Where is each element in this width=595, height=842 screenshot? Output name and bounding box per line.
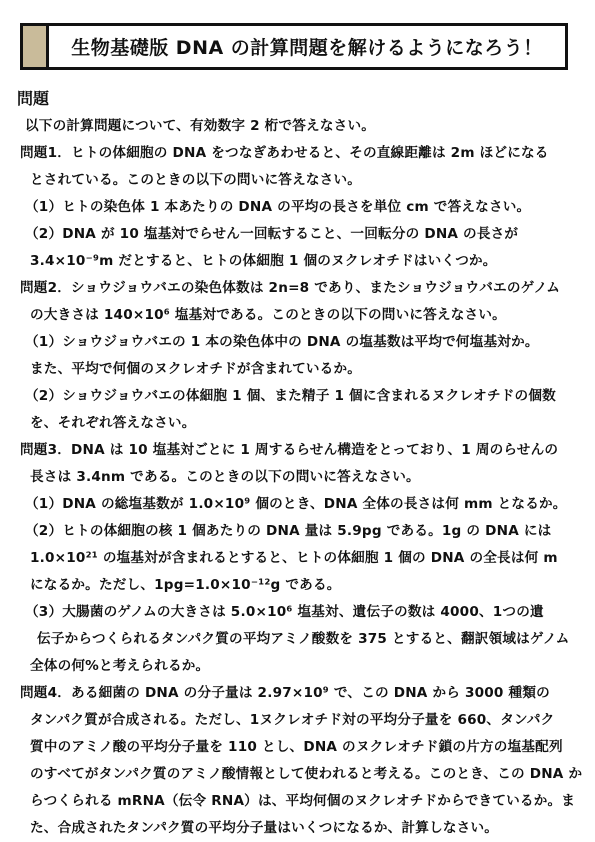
text-line: 1.0×10²¹ の塩基対が含まれるとすると、ヒトの体細胞 1 個の DNA の… bbox=[0, 545, 595, 572]
text-line: （2）ショウジョウバエの体細胞 1 個、また精子 1 個に含まれるヌクレオチドの… bbox=[0, 383, 595, 410]
text-line: のすべてがタンパク質のアミノ酸情報として使われると考える。このとき、この DNA… bbox=[0, 761, 595, 788]
text-line: になるか。ただし、1pg=1.0×10⁻¹²g である。 bbox=[0, 572, 595, 599]
text-line: とされている。このときの以下の問いに答えなさい。 bbox=[0, 167, 595, 194]
text-line: らつくられる mRNA（伝令 RNA）は、平均何個のヌクレオチドからできているか… bbox=[0, 788, 595, 815]
text-line: 問題3．DNA は 10 塩基対ごとに 1 周するらせん構造をとっており、1 周… bbox=[0, 437, 595, 464]
text-line: 問題4．ある細菌の DNA の分子量は 2.97×10⁹ で、この DNA から… bbox=[0, 680, 595, 707]
text-line: 全体の何%と考えられるか。 bbox=[0, 653, 595, 680]
page-title: 生物基礎版 DNA の計算問題を解けるようになろう！ bbox=[49, 26, 565, 67]
text-line: を、それぞれ答えなさい。 bbox=[0, 410, 595, 437]
text-line: 3.4×10⁻⁹m だとすると、ヒトの体細胞 1 個のヌクレオチドはいくつか。 bbox=[0, 248, 595, 275]
text-line: （2）DNA が 10 塩基対でらせん一回転すること、一回転分の DNA の長さ… bbox=[0, 221, 595, 248]
title-box: 生物基礎版 DNA の計算問題を解けるようになろう！ bbox=[20, 23, 568, 70]
text-line: （1）ショウジョウバエの 1 本の染色体中の DNA の塩基数は平均で何塩基対か… bbox=[0, 329, 595, 356]
title-accent-square bbox=[23, 26, 49, 67]
text-line: 伝子からつくられるタンパク質の平均アミノ酸数を 375 とすると、翻訳領域はゲノ… bbox=[0, 626, 595, 653]
text-line: また、平均で何個のヌクレオチドが含まれているか。 bbox=[0, 356, 595, 383]
text-line: （2）ヒトの体細胞の核 1 個あたりの DNA 量は 5.9pg である。1g … bbox=[0, 518, 595, 545]
text-line: 以下の計算問題について、有効数字 2 桁で答えなさい。 bbox=[0, 113, 595, 140]
section-heading: 問題 bbox=[17, 86, 49, 109]
text-line: 問題2．ショウジョウバエの染色体数は 2n=8 であり、またショウジョウバエのゲ… bbox=[0, 275, 595, 302]
text-line: （1）ヒトの染色体 1 本あたりの DNA の平均の長さを単位 cm で答えなさ… bbox=[0, 194, 595, 221]
text-line: た、合成されたタンパク質の平均分子量はいくつになるか、計算しなさい。 bbox=[0, 815, 595, 842]
text-line: 問題1．ヒトの体細胞の DNA をつなぎあわせると、その直線距離は 2m ほどに… bbox=[0, 140, 595, 167]
text-line: 長さは 3.4nm である。このときの以下の問いに答えなさい。 bbox=[0, 464, 595, 491]
text-line: タンパク質が合成される。ただし、1ヌクレオチド対の平均分子量を 660、タンパク bbox=[0, 707, 595, 734]
text-line: （3）大腸菌のゲノムの大きさは 5.0×10⁶ 塩基対、遺伝子の数は 4000、… bbox=[0, 599, 595, 626]
worksheet-page: 生物基礎版 DNA の計算問題を解けるようになろう！ 問題 以下の計算問題につい… bbox=[0, 0, 595, 842]
text-line: （1）DNA の総塩基数が 1.0×10⁹ 個のとき、DNA 全体の長さは何 m… bbox=[0, 491, 595, 518]
body-text: 以下の計算問題について、有効数字 2 桁で答えなさい。 問題1．ヒトの体細胞の … bbox=[0, 113, 595, 842]
text-line: 質中のアミノ酸の平均分子量を 110 とし、DNA のヌクレオチド鎖の片方の塩基… bbox=[0, 734, 595, 761]
text-line: の大きさは 140×10⁶ 塩基対である。このときの以下の問いに答えなさい。 bbox=[0, 302, 595, 329]
